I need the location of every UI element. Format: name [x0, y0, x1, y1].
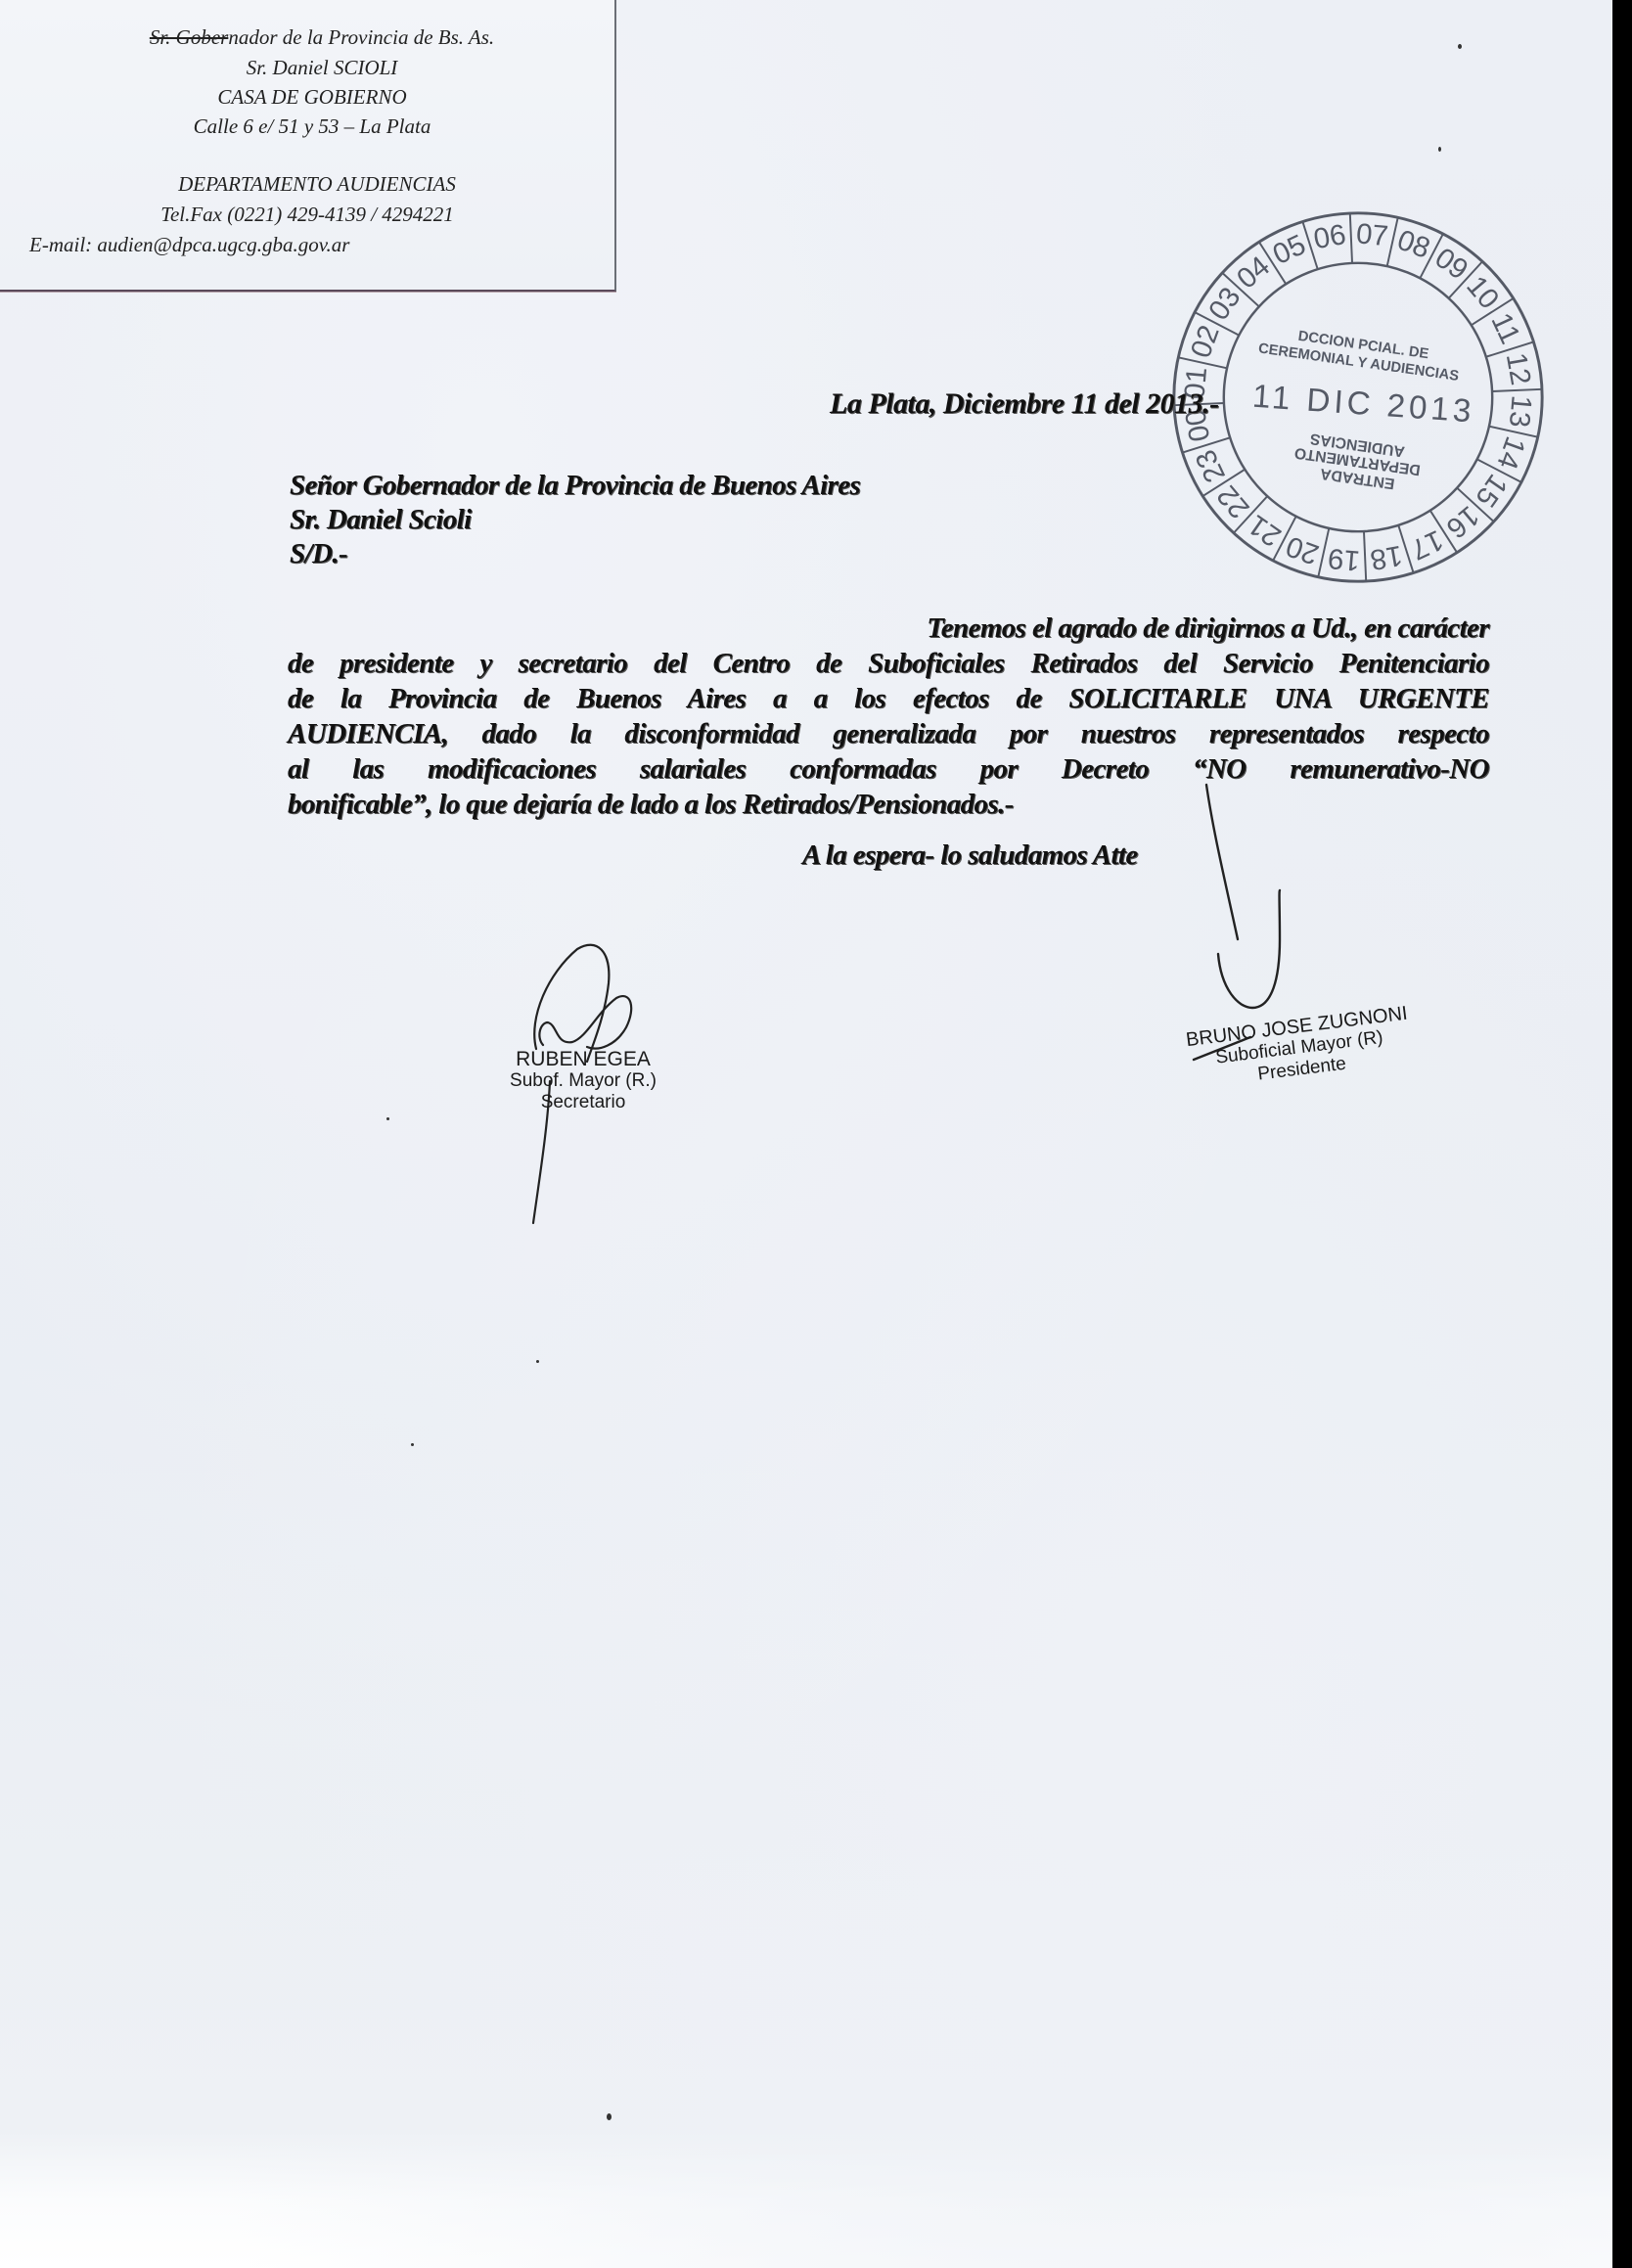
svg-text:13: 13	[1503, 394, 1538, 429]
body-line: bonificable”, lo que dejaría de lado a l…	[288, 787, 1489, 822]
letter-body: Tenemos el agrado de dirigirnos a Ud., e…	[288, 611, 1489, 822]
svg-text:11: 11	[1484, 308, 1526, 349]
svg-text:11 DIC 2013: 11 DIC 2013	[1251, 379, 1476, 431]
svg-text:18: 18	[1368, 539, 1405, 576]
scan-speck	[1458, 44, 1462, 49]
recipient-title: Señor Gobernador de la Provincia de Buen…	[290, 470, 860, 502]
body-line: AUDIENCIA, dado la disconformidad genera…	[288, 716, 1489, 751]
scanned-letter-page: Sr. Gobernador de la Provincia de Bs. As…	[0, 0, 1612, 2268]
svg-text:12: 12	[1500, 350, 1537, 387]
card-line-address: Calle 6 e/ 51 y 53 – La Plata	[0, 114, 614, 139]
struck-text: Sr. Gober	[150, 25, 229, 49]
svg-text:02: 02	[1185, 321, 1226, 362]
signer-rank: Subof. Mayor (R.)	[485, 1070, 681, 1092]
signature-zugnoni-icon	[1194, 785, 1280, 1060]
business-card: Sr. Gobernador de la Provincia de Bs. As…	[0, 0, 616, 292]
signature-block-secretary: RUBEN EGEA Subof. Mayor (R.) Secretario	[485, 1049, 681, 1113]
svg-text:08: 08	[1393, 224, 1434, 265]
scan-speck	[1438, 147, 1441, 152]
body-line: Tenemos el agrado de dirigirnos a Ud., e…	[288, 611, 1489, 646]
letter-date: La Plata, Diciembre 11 del 2013.-	[830, 387, 1219, 421]
body-line: de presidente y secretario del Centro de…	[288, 646, 1489, 681]
card-line-title: Sr. Gobernador de la Provincia de Bs. As…	[0, 25, 614, 50]
scan-speck	[386, 1117, 389, 1120]
reception-stamp: 0607080910111213141516171819202122230001…	[1166, 205, 1550, 589]
body-line: de la Provincia de Buenos Aires a a los …	[288, 681, 1489, 716]
signer-role: Secretario	[485, 1092, 681, 1113]
signer-name: RUBEN EGEA	[485, 1049, 681, 1070]
svg-text:14: 14	[1490, 432, 1531, 474]
card-line-phone: Tel.Fax (0221) 429-4139 / 4294221	[0, 203, 614, 227]
stamp-graphic: 0607080910111213141516171819202122230001…	[1166, 205, 1550, 589]
card-line-office: CASA DE GOBIERNO	[0, 85, 614, 110]
body-line: al las modificaciones salariales conform…	[288, 751, 1489, 787]
signature-block-president: BRUNO JOSE ZUGNONI Suboficial Mayor (R) …	[1164, 1000, 1434, 1096]
letter-closing: A la espera- lo saludamos Atte	[802, 839, 1138, 872]
card-line-name: Sr. Daniel SCIOLI	[0, 56, 614, 80]
scan-speck	[411, 1443, 414, 1446]
scan-speck	[536, 1360, 539, 1363]
svg-text:07: 07	[1355, 217, 1389, 252]
card-line-email: E-mail: audien@dpca.ugcg.gba.gov.ar	[29, 233, 614, 257]
card-title-rest: nador de la Provincia de Bs. As.	[228, 25, 494, 49]
recipient-salutation: S/D.-	[290, 538, 347, 570]
scan-speck	[607, 2113, 612, 2120]
svg-text:19: 19	[1327, 542, 1361, 577]
svg-text:20: 20	[1282, 529, 1323, 570]
card-line-department: DEPARTAMENTO AUDIENCIAS	[0, 172, 614, 197]
svg-text:06: 06	[1311, 218, 1348, 255]
recipient-name: Sr. Daniel Scioli	[290, 504, 472, 536]
